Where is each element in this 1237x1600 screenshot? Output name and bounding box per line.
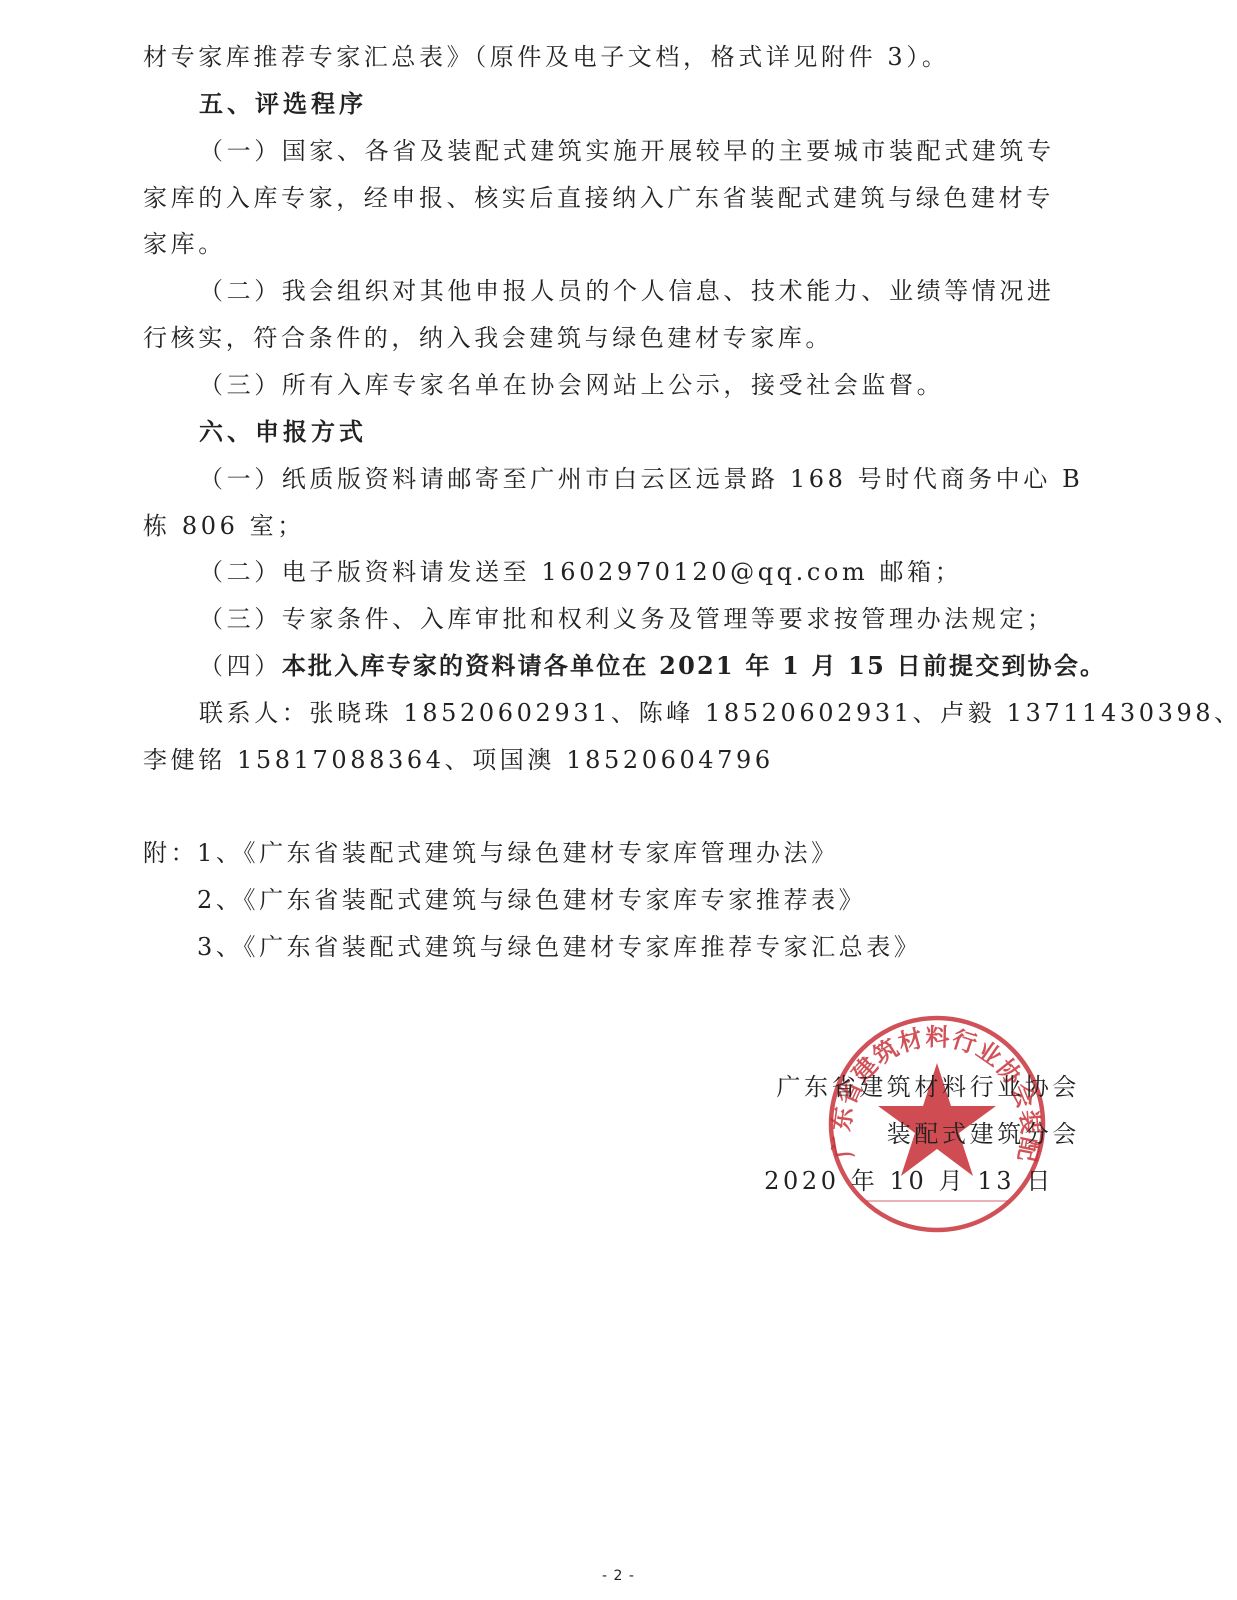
- submission-deadline-text: 本批入库专家的资料请各单位在 2021 年 1 月 15 日前提交到协会。: [282, 651, 1106, 680]
- contacts-line-2: 李健铭 15817088364、项国澳 18520604796: [143, 745, 774, 775]
- submission-item-2-email: （二）电子版资料请发送至 1602970120@qq.com 邮箱；: [199, 557, 962, 587]
- section-heading-submission-method: 六、申报方式: [199, 417, 367, 447]
- attachment-item-2: 2、《广东省装配式建筑与绿色建材专家库专家推荐表》: [197, 885, 866, 915]
- procedure-item-2-line-2: 行核实，符合条件的，纳入我会建筑与绿色建材专家库。: [143, 323, 833, 353]
- signature-date: 2020 年 10 月 13 日: [764, 1166, 1054, 1196]
- submission-item-1-line-1: （一）纸质版资料请邮寄至广州市白云区远景路 168 号时代商务中心 B: [199, 464, 1083, 494]
- procedure-item-1-line-1: （一）国家、各省及装配式建筑实施开展较早的主要城市装配式建筑专: [199, 136, 1055, 166]
- section-heading-evaluation-procedure: 五、评选程序: [199, 89, 367, 119]
- continued-paragraph-line: 材专家库推荐专家汇总表》（原件及电子文档，格式详见附件 3）。: [143, 42, 950, 72]
- contacts-line-1: 联系人：张晓珠 18520602931、陈峰 18520602931、卢毅 13…: [199, 698, 1237, 728]
- document-page: 材专家库推荐专家汇总表》（原件及电子文档，格式详见附件 3）。 五、评选程序 （…: [0, 0, 1237, 1600]
- procedure-item-2-line-1: （二）我会组织对其他申报人员的个人信息、技术能力、业绩等情况进: [199, 276, 1055, 306]
- procedure-item-1-line-3: 家库。: [143, 229, 226, 259]
- attachment-item-3: 3、《广东省装配式建筑与绿色建材专家库推荐专家汇总表》: [197, 932, 921, 962]
- submission-item-4-prefix: （四）: [199, 652, 282, 680]
- submission-item-3: （三）专家条件、入库审批和权利义务及管理等要求按管理办法规定；: [199, 604, 1055, 634]
- attachment-item-1: 1、《广东省装配式建筑与绿色建材专家库管理办法》: [197, 838, 839, 868]
- submission-item-4-deadline: （四）本批入库专家的资料请各单位在 2021 年 1 月 15 日前提交到协会。: [199, 651, 1106, 681]
- procedure-item-3-line-1: （三）所有入库专家名单在协会网站上公示，接受社会监督。: [199, 370, 944, 400]
- attachments-label: 附：: [143, 838, 198, 868]
- signature-organization-line-2: 装配式建筑分会: [887, 1119, 1080, 1149]
- signature-organization-line-1: 广东省建筑材料行业协会: [776, 1072, 1080, 1102]
- submission-item-1-line-2: 栋 806 室；: [143, 511, 305, 541]
- page-number: - 2 -: [0, 1568, 1237, 1584]
- procedure-item-1-line-2: 家库的入库专家，经申报、核实后直接纳入广东省装配式建筑与绿色建材专: [143, 183, 1054, 213]
